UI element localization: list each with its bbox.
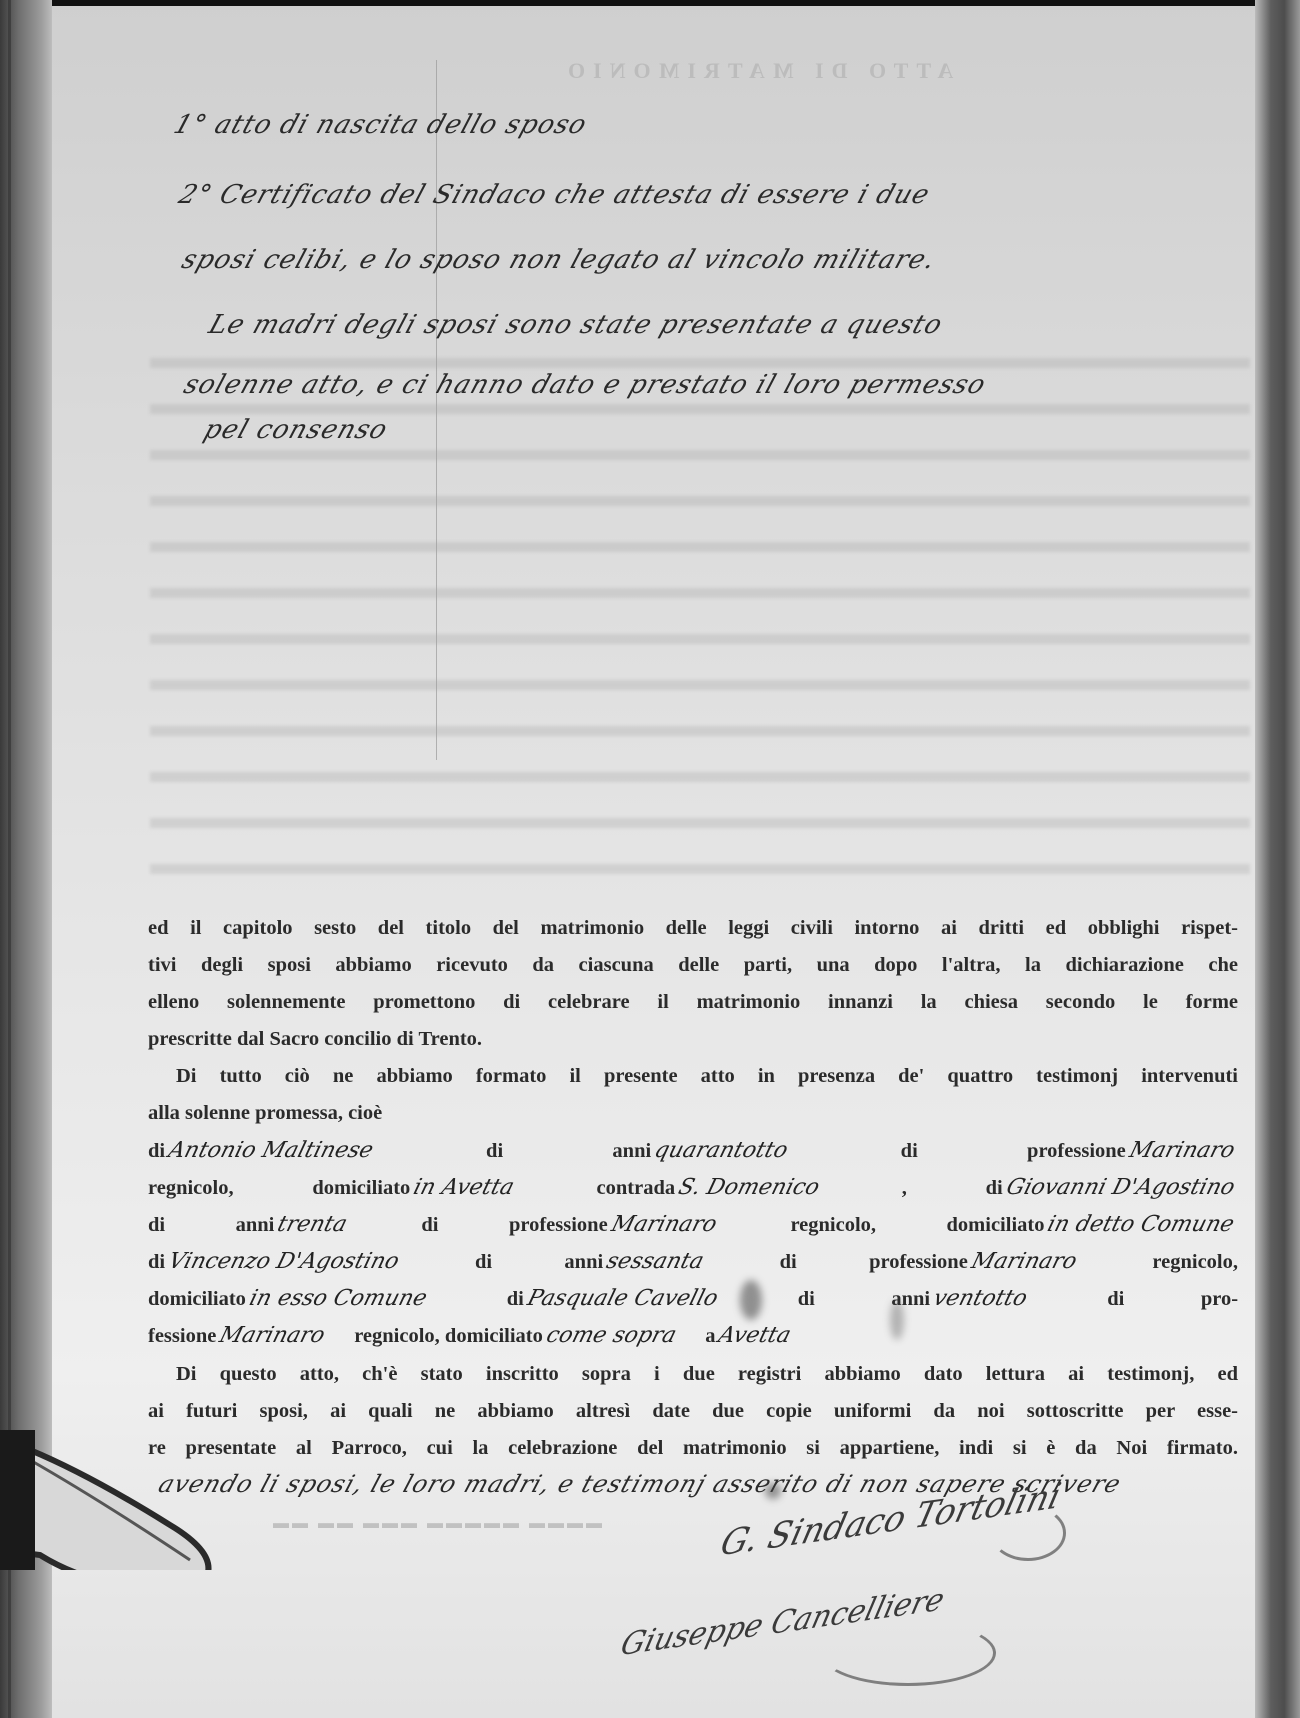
signature-flourish — [820, 1620, 996, 1686]
handwritten-note-6: pel consenso — [200, 415, 392, 445]
witness-2-profession-label: di professione — [421, 1214, 607, 1236]
witness-1-street-label: contrada — [597, 1177, 676, 1199]
printed-paragraph-3-line-2: ai futuri sposi, ai quali ne abbiamo alt… — [148, 1393, 1238, 1430]
bleed-through-footer: ▬▬▬▬ ▬▬▬▬▬ ▬▬▬ ▬▬ ▬▬ — [270, 1515, 602, 1533]
witness-4-origin: regnicolo, domiciliato — [354, 1325, 543, 1347]
printed-paragraph-3-line-1: Di questo atto, ch'è stato inscritto sop… — [148, 1356, 1238, 1393]
handwritten-note-3: sposi celibi, e lo sposo non legato al v… — [178, 245, 940, 275]
witness-2-origin: regnicolo, domiciliato — [790, 1214, 1044, 1236]
printed-paragraph-1-line-3: elleno solennemente promettono di celebr… — [148, 984, 1238, 1021]
printed-paragraph-3-line-3: re presentate al Parroco, cui la celebra… — [148, 1430, 1238, 1467]
witness-3-name: Vincenzo D'Agostino — [160, 1243, 407, 1280]
witness-line-5: domiciliatoin esso Comune diPasquale Cav… — [148, 1280, 1238, 1318]
witness-3-origin: regnicolo, — [1152, 1251, 1238, 1273]
witness-line-6: fessioneMarinaro regnicolo, domiciliatoc… — [148, 1317, 1238, 1355]
handwritten-note-1: 1° atto di nascita dello sposo — [170, 110, 591, 140]
bleed-through-header: ATTO DI MATRIMONIO — [560, 58, 953, 84]
witness-4-age-label: di anni — [798, 1288, 930, 1310]
bleed-through-text-area — [150, 330, 1250, 890]
witness-4-profession-label-2: fessione — [148, 1325, 216, 1347]
ink-smudge — [890, 1300, 904, 1340]
witness-4-profession-label: di pro- — [1107, 1288, 1238, 1310]
witness-line-3: di annitrenta di professioneMarinaro reg… — [148, 1206, 1238, 1244]
witness-4-name: Pasquale Cavello — [519, 1280, 726, 1317]
witness-3-profession: Marinaro — [963, 1243, 1085, 1280]
witness-3-age: sessanta — [598, 1243, 712, 1280]
witness-2-age-label: di anni — [148, 1214, 274, 1236]
handwritten-note-5: solenne atto, e ci hanno dato e prestato… — [180, 370, 990, 400]
printed-paragraph-1-line-2: tivi degli sposi abbiamo ricevuto da cia… — [148, 947, 1238, 984]
printed-paragraph-2-line-1: Di tutto ciò ne abbiamo formato il prese… — [148, 1058, 1238, 1095]
witness-3-age-label: di anni — [475, 1251, 603, 1273]
printed-paragraph-1-line-4: prescritte dal Sacro concilio di Trento. — [148, 1021, 1238, 1058]
witness-1-origin: regnicolo, domiciliato — [148, 1177, 410, 1199]
witness-2-age: trenta — [269, 1206, 355, 1243]
witness-1-street: S. Domenico — [670, 1169, 828, 1206]
printed-paragraph-2-line-2: alla solenne promessa, cioè — [148, 1095, 1238, 1132]
witness-3-residence: in esso Comune — [241, 1280, 435, 1317]
witness-1-residence: in Avetta — [405, 1169, 522, 1206]
witness-1-name: Antonio Maltinese — [160, 1132, 382, 1169]
scan-top-edge — [0, 0, 1300, 6]
witness-4-place: Avetta — [710, 1317, 799, 1354]
witness-line-4: diVincenzo D'Agostino di annisessanta di… — [148, 1243, 1238, 1281]
witness-2-residence: in detto Comune — [1040, 1206, 1243, 1243]
witness-1-age-label: di anni — [486, 1140, 651, 1162]
witness-line-1: diAntonio Maltinese di anniquarantotto d… — [148, 1132, 1238, 1170]
scanned-document-page: ATTO DI MATRIMONIO 1° atto di nascita de… — [0, 0, 1300, 1718]
witness-2-name: Giovanni D'Agostino — [998, 1169, 1243, 1206]
ink-smudge — [765, 1483, 781, 1499]
printed-paragraph-1-line-1: ed il capitolo sesto del titolo del matr… — [148, 910, 1238, 947]
witness-line-2: regnicolo, domiciliatoin Avetta contrada… — [148, 1169, 1238, 1207]
signature-flourish — [990, 1505, 1066, 1561]
thumb-holding-page — [0, 1430, 225, 1570]
ink-smudge — [740, 1280, 762, 1320]
witness-3-profession-label: di professione — [780, 1251, 968, 1273]
handwritten-note-2: 2° Certificato del Sindaco che attesta d… — [175, 180, 934, 210]
witness-1-age: quarantotto — [646, 1132, 796, 1169]
witness-4-age: ventotto — [925, 1280, 1036, 1317]
handwritten-note-4: Le madri degli sposi sono state presenta… — [205, 310, 947, 340]
witness-1-profession: Marinaro — [1121, 1132, 1243, 1169]
witness-4-profession: Marinaro — [211, 1317, 333, 1354]
witness-2-profession: Marinaro — [603, 1206, 725, 1243]
witness-2-prefix: , di — [902, 1177, 1003, 1199]
witness-3-residence-label: domiciliato — [148, 1288, 246, 1310]
witness-4-residence: come sopra — [538, 1317, 685, 1354]
witness-1-profession-label: di professione — [901, 1140, 1126, 1162]
right-book-gutter — [1255, 0, 1300, 1718]
